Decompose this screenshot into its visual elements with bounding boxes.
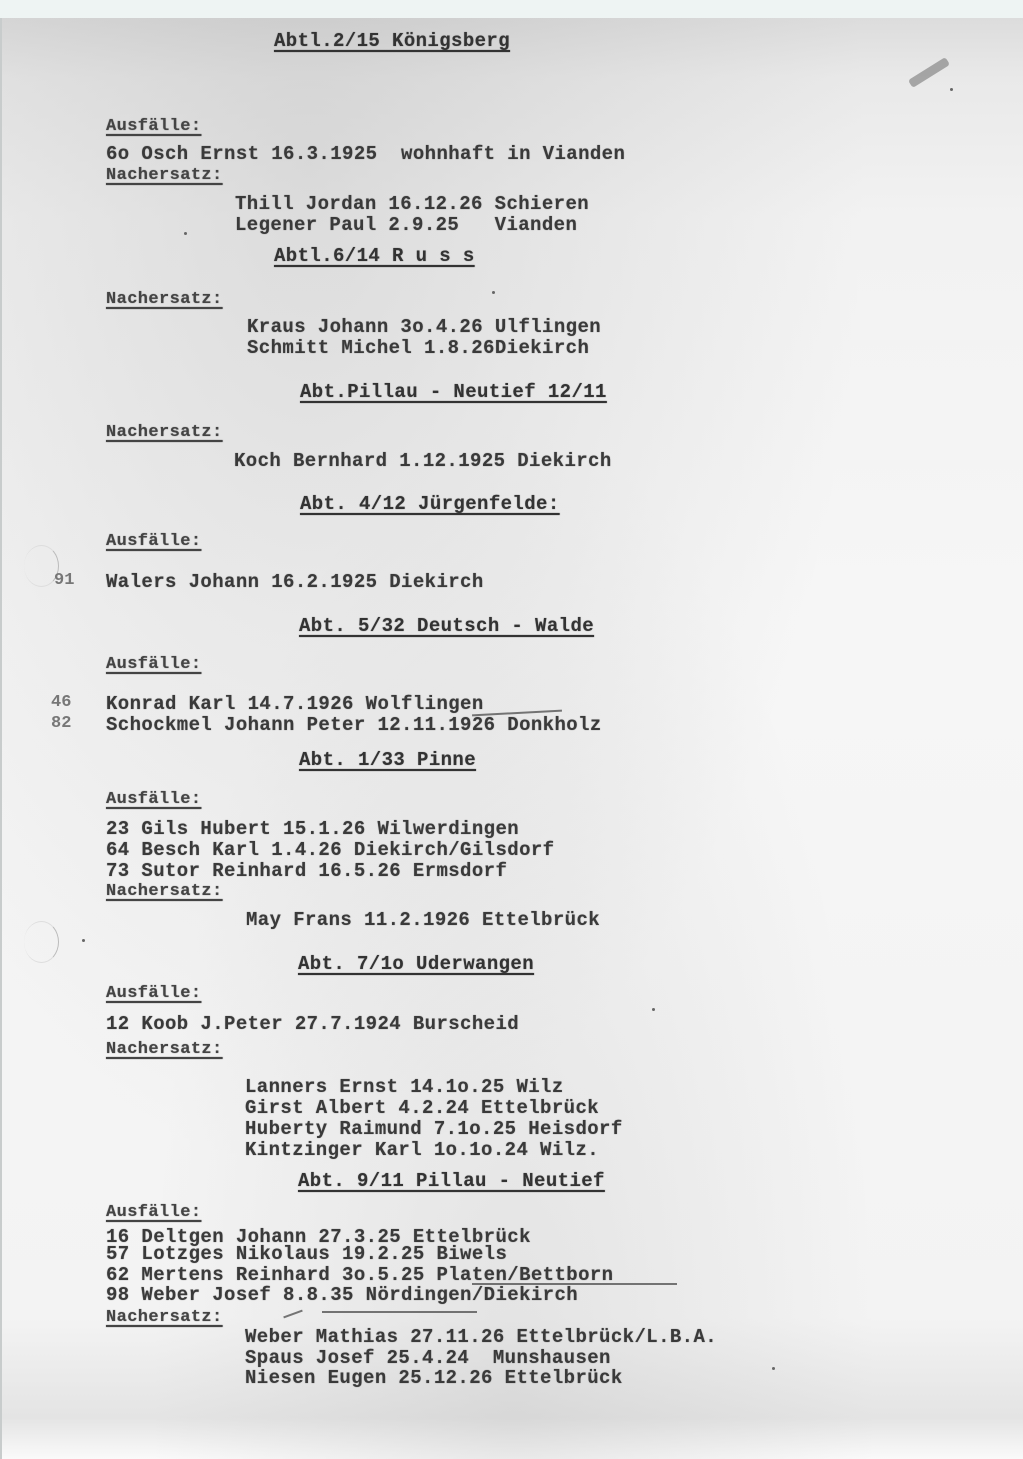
pencil-mark: [908, 57, 950, 88]
punch-hole-lower: [24, 921, 59, 963]
section-heading-4: Abt. 4/12 Jürgenfelde:: [300, 493, 560, 515]
entry: 73 Sutor Reinhard 16.5.26 Ermsdorf: [106, 860, 507, 882]
speck: [772, 1367, 775, 1370]
label-ausfaelle-1: Ausfälle:: [106, 117, 201, 136]
label-nachersatz-7: Nachersatz:: [106, 1040, 223, 1059]
scanned-page: Abtl.2/15 Königsberg Ausfälle: 6o Osch E…: [0, 18, 1023, 1459]
entry: May Frans 11.2.1926 Ettelbrück: [246, 909, 600, 931]
speck: [950, 88, 953, 91]
entry: 12 Koob J.Peter 27.7.1924 Burscheid: [106, 1013, 519, 1035]
entry: Kraus Johann 3o.4.26 Ulflingen: [247, 316, 601, 338]
entry: Koch Bernhard 1.12.1925 Diekirch: [234, 450, 612, 472]
margin-number: 46: [51, 693, 71, 712]
entry: Niesen Eugen 25.12.26 Ettelbrück: [245, 1367, 623, 1389]
section-heading-1: Abtl.2/15 Königsberg: [274, 30, 510, 52]
speck: [184, 232, 187, 235]
label-nachersatz-3: Nachersatz:: [106, 423, 223, 442]
speck: [492, 291, 495, 294]
label-nachersatz-8: Nachersatz:: [106, 1308, 223, 1327]
entry: 23 Gils Hubert 15.1.26 Wilwerdingen: [106, 818, 519, 840]
entry: Thill Jordan 16.12.26 Schieren: [235, 193, 589, 215]
section-heading-3: Abt.Pillau - Neutief 12/11: [300, 381, 607, 403]
label-ausfaelle-4: Ausfälle:: [106, 532, 201, 551]
speck: [652, 1008, 655, 1011]
pencil-underline: [322, 1311, 477, 1313]
section-heading-5: Abt. 5/32 Deutsch - Walde: [299, 615, 594, 637]
entry: Konrad Karl 14.7.1926 Wolflingen: [106, 693, 484, 715]
scan-top-border: [0, 0, 1023, 18]
speck: [82, 939, 85, 942]
section-heading-8: Abt. 9/11 Pillau - Neutief: [298, 1170, 605, 1192]
entry: 64 Besch Karl 1.4.26 Diekirch/Gilsdorf: [106, 839, 554, 861]
entry: Lanners Ernst 14.1o.25 Wilz: [245, 1076, 564, 1098]
label-nachersatz-1: Nachersatz:: [106, 166, 223, 185]
entry: Walers Johann 16.2.1925 Diekirch: [106, 571, 484, 593]
margin-number: 82: [51, 714, 71, 733]
section-heading-7: Abt. 7/1o Uderwangen: [298, 953, 534, 975]
section-heading-6: Abt. 1/33 Pinne: [299, 749, 476, 771]
pencil-mark-small: [283, 1310, 302, 1319]
entry: Schockmel Johann Peter 12.11.1926 Donkho…: [106, 714, 602, 736]
margin-number: 91: [54, 571, 74, 590]
label-ausfaelle-5: Ausfälle:: [106, 655, 201, 674]
entry: Huberty Raimund 7.1o.25 Heisdorf: [245, 1118, 623, 1140]
entry: Legener Paul 2.9.25 Vianden: [235, 214, 577, 236]
entry: 98 Weber Josef 8.8.35 Nördingen/Diekirch: [106, 1284, 578, 1306]
label-ausfaelle-7: Ausfälle:: [106, 984, 201, 1003]
label-ausfaelle-8: Ausfälle:: [106, 1203, 201, 1222]
label-nachersatz-2: Nachersatz:: [106, 290, 223, 309]
label-ausfaelle-6: Ausfälle:: [106, 790, 201, 809]
entry: 57 Lotzges Nikolaus 19.2.25 Biwels: [106, 1243, 507, 1265]
entry: Girst Albert 4.2.24 Ettelbrück: [245, 1097, 599, 1119]
entry: Spaus Josef 25.4.24 Munshausen: [245, 1347, 611, 1369]
entry: 6o Osch Ernst 16.3.1925 wohnhaft in Vian…: [106, 143, 625, 165]
entry: Schmitt Michel 1.8.26Diekirch: [247, 337, 589, 359]
section-heading-2: Abtl.6/14 R u s s: [274, 245, 475, 267]
entry: Weber Mathias 27.11.26 Ettelbrück/L.B.A.: [245, 1326, 717, 1348]
label-nachersatz-6: Nachersatz:: [106, 882, 223, 901]
entry: Kintzinger Karl 1o.1o.24 Wilz.: [245, 1139, 599, 1161]
